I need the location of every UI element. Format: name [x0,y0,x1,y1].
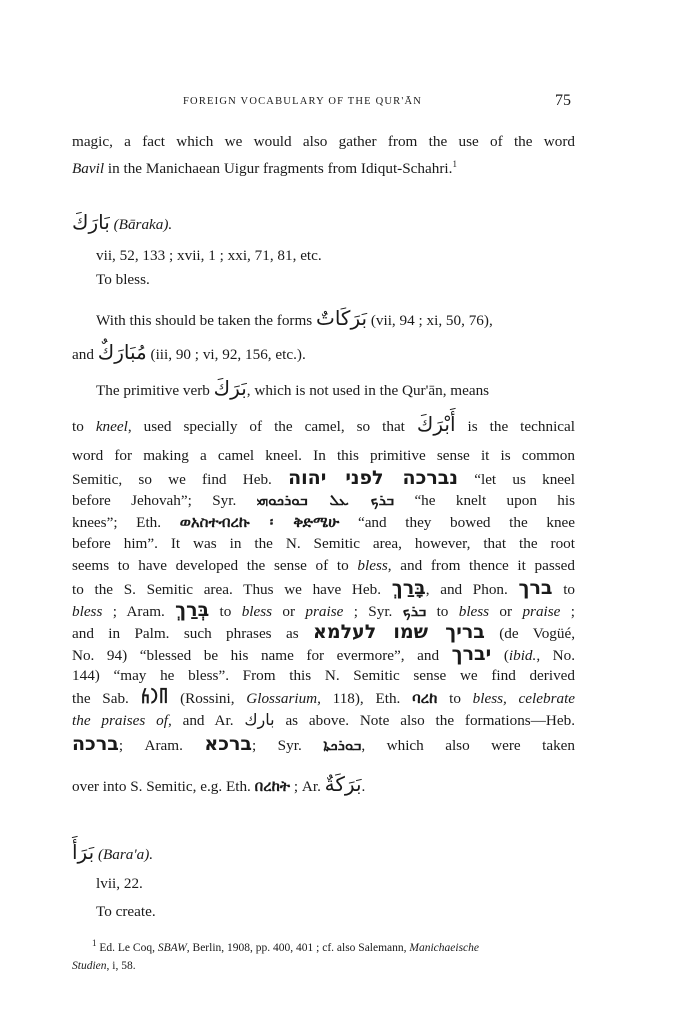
headword-transliteration: (Bara'a). [98,846,153,863]
footnote-ref[interactable]: 1 [452,159,457,169]
arabic-word: مُبَارَكٌ [98,340,147,364]
body-line: over into S. Semitic, e.g. Eth. በረከት ; A… [72,774,575,797]
arabic-word: بَرَكَةٌ [325,772,362,796]
arabic-word: بَرَكَاتٌ [316,306,367,330]
headword-transliteration: (Bāraka). [114,216,173,233]
ethiopic-phrase: ወአስተብረኩ ፡ ቅድሜሁ [180,513,340,531]
arabic-word: بارك [244,710,274,729]
phoenician-word: ברך [519,577,553,599]
aramaic-word: בְּרַךְ [175,599,209,621]
ethiopic-word: በረከት [255,777,290,795]
headword-arabic: بَارَكَ [72,210,110,234]
intro-line-1: magic, a fact which we would also gather… [72,132,575,152]
body-line: word for making a camel kneel. In this p… [72,446,575,466]
footnote-line-1: 1 Ed. Le Coq, SBAW, Berlin, 1908, pp. 40… [72,934,575,957]
headword-arabic: بَرَأَ [72,840,94,864]
body-line: the Sab. 𐩨𐩧𐩫 (Rossini, Glossarium, 118),… [72,688,575,709]
arabic-word: بَرَكَ [214,376,247,400]
page-number: 75 [555,92,571,110]
footnote-marker: 1 [92,938,97,948]
syriac-word: ܒܘܪܟܬܐ [323,736,361,754]
hebrew-word: בָּרַךְ [392,577,426,599]
body-line: the praises of, and Ar. بارك as above. N… [72,710,575,731]
intro-line-2: Bavil in the Manichaean Uigur fragments … [72,154,575,179]
hebrew-word: ברכה [72,733,119,755]
body-line: With this should be taken the forms بَرَ… [96,308,575,331]
ethiopic-word: ባረከ [412,689,437,707]
body-line: Semitic, so we find Heb. נברכה לפני יהוה… [72,468,575,490]
body-line: The primitive verb بَرَكَ, which is not … [96,378,575,401]
body-line: and مُبَارَكٌ (iii, 90 ; vi, 92, 156, et… [72,342,575,365]
footnote: 1 Ed. Le Coq, SBAW, Berlin, 1908, pp. 40… [72,934,575,975]
body-line: No. 94) “blessed be his name for evermor… [72,644,575,666]
palmyrene-word: יברך [452,643,492,665]
aramaic-word: ברכא [204,733,252,755]
body-line: and in Palm. such phrases as בריך שמו לע… [72,622,575,644]
entry-meaning: To create. [96,902,575,922]
body-line: before Jehovah”; Syr. ܒܪܟ ܥܠ ܒܘܪܟܘܗܝ “he… [72,490,575,511]
body-line: bless ; Aram. בְּרַךְ to bless or praise… [72,600,575,622]
entry-headword-baraka: بَارَكَ (Bāraka). [72,210,172,234]
sabaean-word: 𐩨𐩧𐩫 [141,688,169,708]
footnote-line-2: Studien, i, 58. [72,957,575,975]
body-line: ברכה; Aram. ברכא; Syr. ܒܘܪܟܬܐ, which als… [72,734,575,756]
running-title: Foreign Vocabulary of the Qur'ān [183,96,422,107]
body-line: to the S. Semitic area. Thus we have Heb… [72,578,575,600]
hebrew-phrase: נברכה לפני יהוה [288,467,458,489]
syriac-phrase: ܒܪܟ ܥܠ ܒܘܪܟܘܗܝ [257,491,395,509]
syriac-word: ܒܪܟ [403,602,427,620]
body-line: seems to have developed the sense of to … [72,556,575,576]
entry-references: vii, 52, 133 ; xvii, 1 ; xxi, 71, 81, et… [96,246,575,266]
body-line: to kneel, used specially of the camel, s… [72,414,575,437]
book-page: Foreign Vocabulary of the Qur'ān 75 magi… [0,0,692,1017]
body-line: knees”; Eth. ወአስተብረኩ ፡ ቅድሜሁ “and they bo… [72,512,575,533]
running-head: Foreign Vocabulary of the Qur'ān 75 [0,96,692,116]
arabic-word: أَبْرَكَ [417,412,456,436]
entry-headword-baraa: بَرَأَ (Bara'a). [72,840,153,864]
body-line: 144) “may he bless”. From this N. Semiti… [72,666,575,686]
body-line: before him”. It was in the N. Semitic ar… [72,534,575,554]
palmyrene-phrase: בריך שמו לעלמא [313,621,485,643]
entry-meaning: To bless. [96,270,575,290]
entry-references: lvii, 22. [96,874,575,894]
